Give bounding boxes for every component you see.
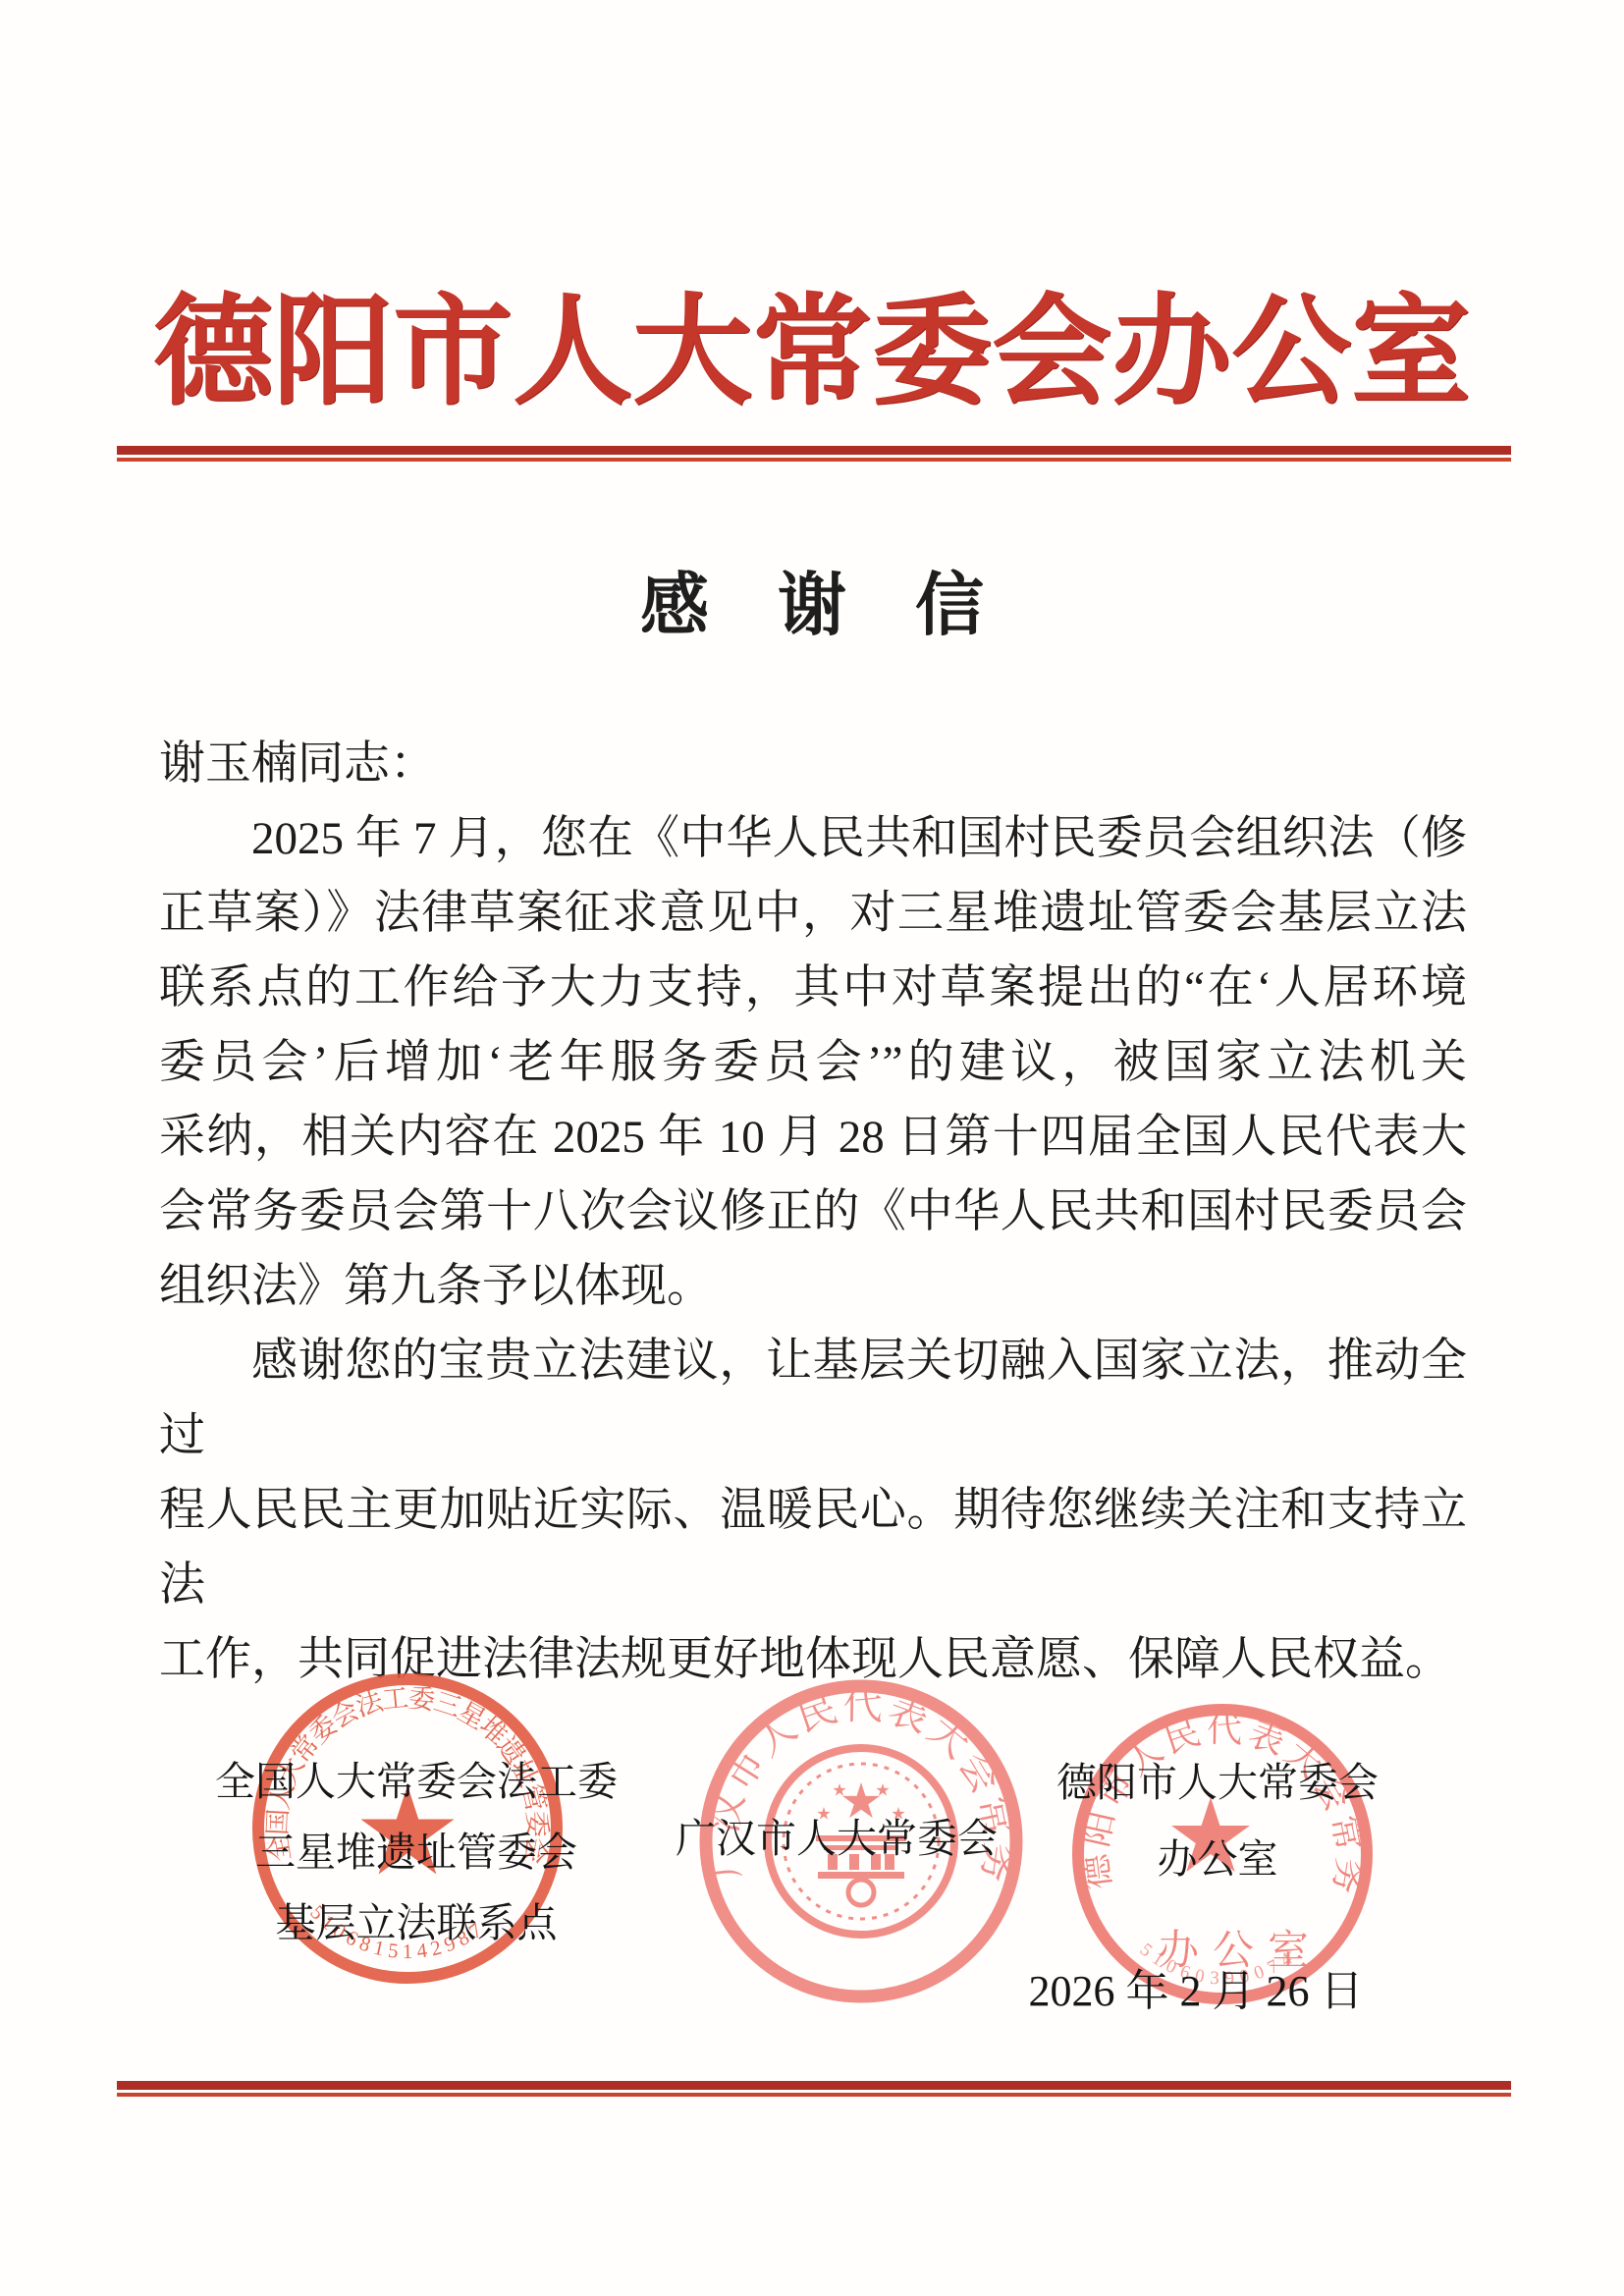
- letter-body: 谢玉楠同志： 2025 年 7 月，您在《中华人民共和国村民委员会组织法（修正草…: [159, 727, 1467, 1697]
- letterhead-title: 德阳市人大常委会办公室: [0, 267, 1624, 440]
- signature-line: 德阳市人大常委会: [1047, 1744, 1388, 1821]
- signature-middle-block: 广汉市人大常委会: [656, 1813, 1017, 1864]
- salutation: 谢玉楠同志：: [159, 727, 1467, 801]
- letter-title: 感 谢 信: [0, 558, 1624, 656]
- footer-rule-thin: [117, 2093, 1511, 2097]
- official-letter-page: 德阳市人大常委会办公室 感 谢 信 谢玉楠同志： 2025 年 7 月，您在《中…: [0, 0, 1624, 2296]
- body-line: 2025 年 7 月，您在《中华人民共和国村民委员会组织法（修: [159, 801, 1467, 876]
- footer-rule-thick: [117, 2081, 1511, 2090]
- body-line: 正草案）》法律草案征求意见中，对三星堆遗址管委会基层立法: [159, 876, 1467, 951]
- body-line: 联系点的工作给予大力支持，其中对草案提出的“在‘人居环境: [159, 951, 1467, 1025]
- header-rule-thick: [117, 446, 1511, 455]
- body-line: 程人民民主更加贴近实际、温暖民心。期待您继续关注和支持立法: [159, 1473, 1467, 1622]
- signature-line: 全国人大常委会法工委: [192, 1746, 640, 1817]
- signature-right-block: 德阳市人大常委会办公室: [1047, 1744, 1388, 1897]
- body-line: 委员会’后增加‘老年服务委员会’”的建议，被国家立法机关: [159, 1025, 1467, 1100]
- letter-date: 2026 年 2 月 26 日: [1009, 1962, 1382, 2021]
- header-rule-thin: [117, 458, 1511, 462]
- body-paragraphs: 2025 年 7 月，您在《中华人民共和国村民委员会组织法（修正草案）》法律草案…: [159, 801, 1467, 1697]
- body-line: 采纳，相关内容在 2025 年 10 月 28 日第十四届全国人民代表大: [159, 1100, 1467, 1175]
- body-line: 会常务委员会第十八次会议修正的《中华人民共和国村民委员会: [159, 1175, 1467, 1249]
- body-line: 感谢您的宝贵立法建议，让基层关切融入国家立法，推动全过: [159, 1324, 1467, 1473]
- body-line: 组织法》第九条予以体现。: [159, 1249, 1467, 1324]
- signature-line: 办公室: [1047, 1821, 1388, 1897]
- signature-line: 三星堆遗址管委会: [192, 1817, 640, 1887]
- signature-line: 基层立法联系点: [192, 1887, 640, 1958]
- signature-left-block: 全国人大常委会法工委三星堆遗址管委会基层立法联系点: [192, 1746, 640, 1958]
